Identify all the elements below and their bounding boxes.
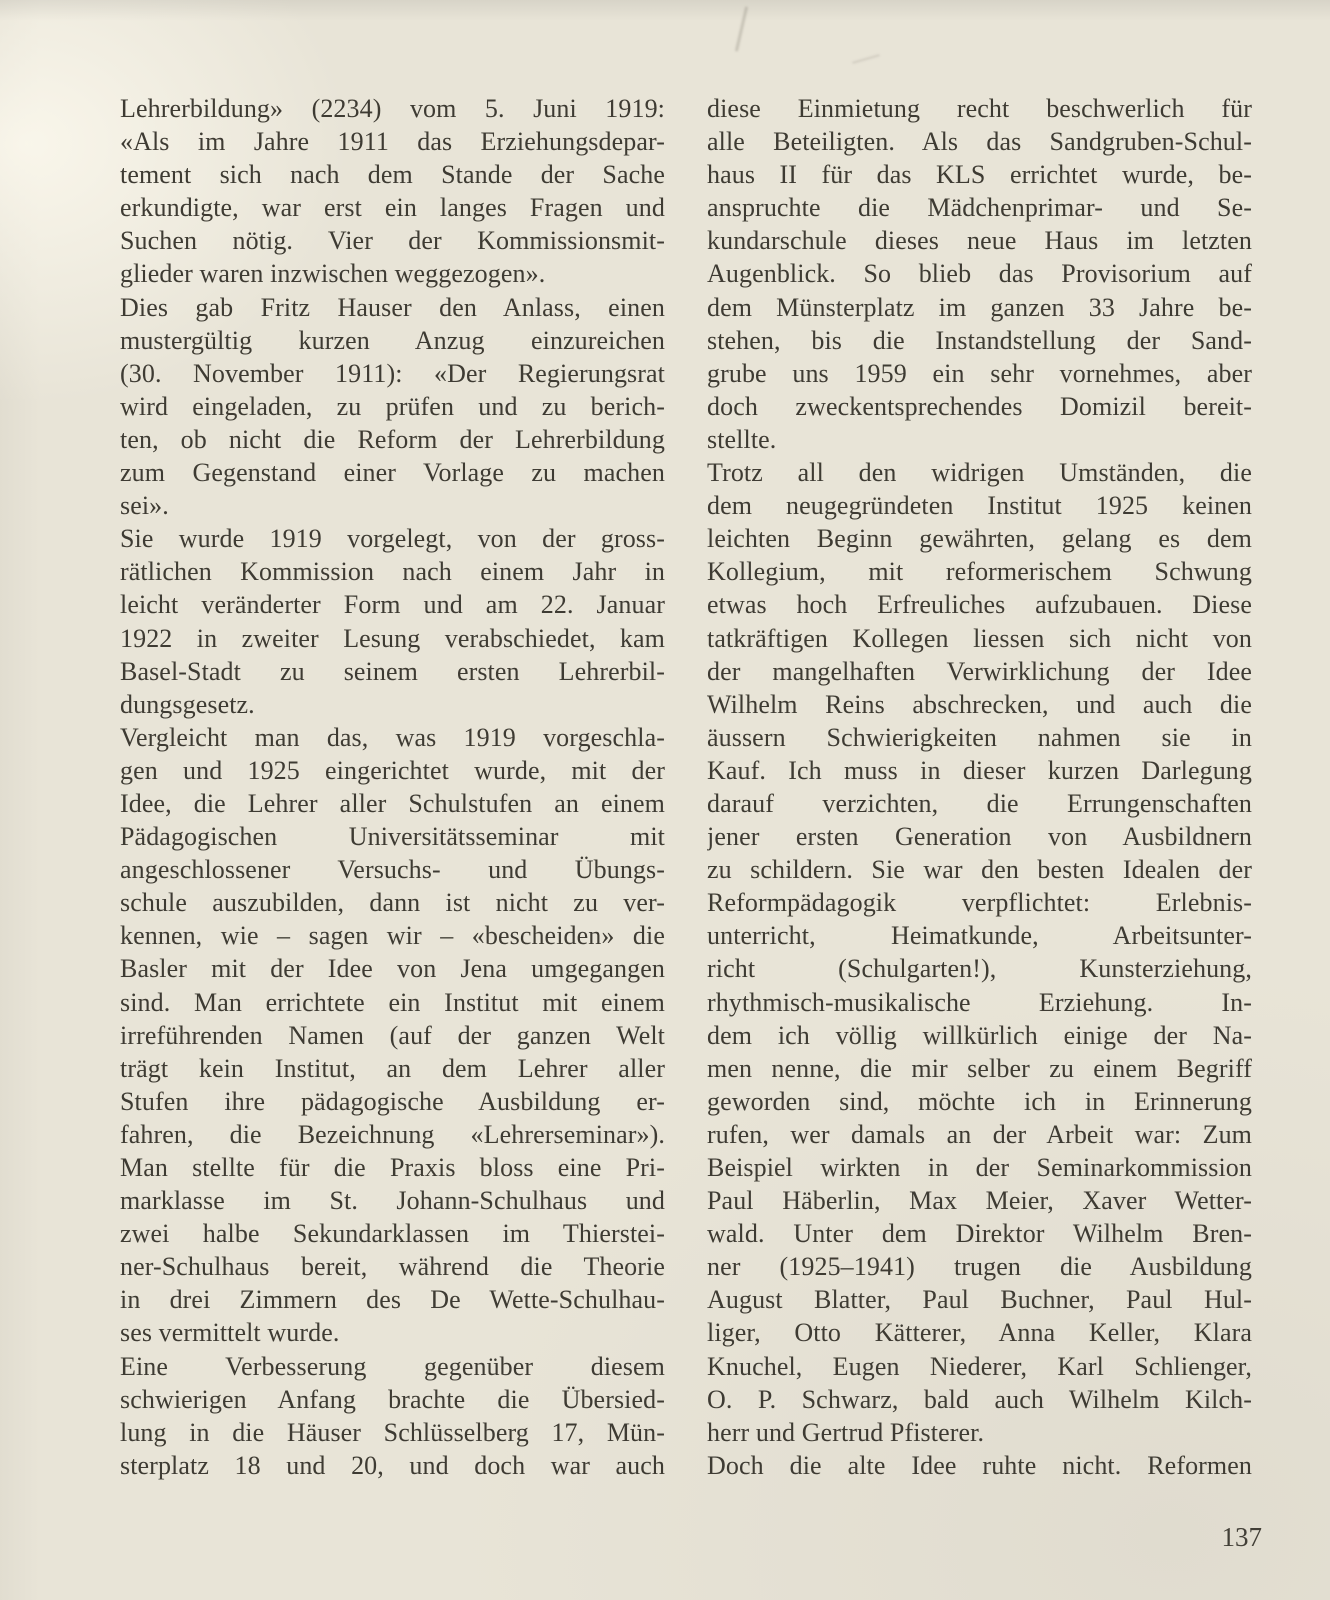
right-column: diese Einmietung recht beschwerlich füra…	[707, 92, 1252, 1482]
text-line: Augenblick. So blieb das Provisorium auf	[707, 257, 1252, 290]
page-number: 137	[1150, 1522, 1262, 1553]
text-line: jener ersten Generation von Ausbildnern	[707, 820, 1252, 853]
text-line: tement sich nach dem Stande der Sache	[120, 158, 665, 191]
text-line: Knuchel, Eugen Niederer, Karl Schlienger…	[707, 1350, 1252, 1383]
text-line: 1922 in zweiter Lesung verabschiedet, ka…	[120, 622, 665, 655]
book-page: Lehrerbildung» (2234) vom 5. Juni 1919:«…	[0, 0, 1330, 1600]
text-line: Paul Häberlin, Max Meier, Xaver Wetter-	[707, 1184, 1252, 1217]
text-line: Kollegium, mit reformerischem Schwung	[707, 555, 1252, 588]
text-line: Man stellte für die Praxis bloss eine Pr…	[120, 1151, 665, 1184]
text-line: leichten Beginn gewährten, gelang es dem	[707, 522, 1252, 555]
text-line: anspruchte die Mädchenprimar- und Se-	[707, 191, 1252, 224]
text-columns: Lehrerbildung» (2234) vom 5. Juni 1919:«…	[120, 92, 1252, 1482]
text-line: grube uns 1959 ein sehr vornehmes, aber	[707, 357, 1252, 390]
text-line: zwei halbe Sekundarklassen im Thierstei-	[120, 1217, 665, 1250]
text-line: unterricht, Heimatkunde, Arbeitsunter-	[707, 919, 1252, 952]
left-column: Lehrerbildung» (2234) vom 5. Juni 1919:«…	[120, 92, 665, 1482]
text-line: schule auszubilden, dann ist nicht zu ve…	[120, 886, 665, 919]
text-line: doch zweckentsprechendes Domizil bereit-	[707, 390, 1252, 423]
text-line: stehen, bis die Instandstellung der Sand…	[707, 324, 1252, 357]
scan-artifact	[735, 6, 748, 51]
text-line: gen und 1925 eingerichtet wurde, mit der	[120, 754, 665, 787]
text-line: marklasse im St. Johann-Schulhaus und	[120, 1184, 665, 1217]
text-line: richt (Schulgarten!), Kunsterziehung,	[707, 952, 1252, 985]
text-line: O. P. Schwarz, bald auch Wilhelm Kilch-	[707, 1383, 1252, 1416]
text-line: ten, ob nicht die Reform der Lehrerbildu…	[120, 423, 665, 456]
text-line: darauf verzichten, die Errungenschaften	[707, 787, 1252, 820]
text-line: haus II für das KLS errichtet wurde, be-	[707, 158, 1252, 191]
text-line: leicht veränderter Form und am 22. Janua…	[120, 588, 665, 621]
text-line: Sie wurde 1919 vorgelegt, von der gross-	[120, 522, 665, 555]
text-line: angeschlossener Versuchs- und Übungs-	[120, 853, 665, 886]
text-line: Reformpädagogik verpflichtet: Erlebnis-	[707, 886, 1252, 919]
text-line: zum Gegenstand einer Vorlage zu machen	[120, 456, 665, 489]
text-line: Suchen nötig. Vier der Kommissionsmit-	[120, 224, 665, 257]
text-line: liger, Otto Kätterer, Anna Keller, Klara	[707, 1316, 1252, 1349]
text-line: lung in die Häuser Schlüsselberg 17, Mün…	[120, 1416, 665, 1449]
text-line: Basel-Stadt zu seinem ersten Lehrerbil-	[120, 655, 665, 688]
text-line: irreführenden Namen (auf der ganzen Welt	[120, 1019, 665, 1052]
text-line: «Als im Jahre 1911 das Erziehungsdepar-	[120, 125, 665, 158]
text-line: Beispiel wirkten in der Seminarkommissio…	[707, 1151, 1252, 1184]
text-line: zu schildern. Sie war den besten Idealen…	[707, 853, 1252, 886]
text-line: rätlichen Kommission nach einem Jahr in	[120, 555, 665, 588]
text-line: Vergleicht man das, was 1919 vorgeschla-	[120, 721, 665, 754]
text-line: Pädagogischen Universitätsseminar mit	[120, 820, 665, 853]
text-line: dem Münsterplatz im ganzen 33 Jahre be-	[707, 291, 1252, 324]
text-line: Trotz all den widrigen Umständen, die	[707, 456, 1252, 489]
text-line: diese Einmietung recht beschwerlich für	[707, 92, 1252, 125]
text-line: sind. Man errichtete ein Institut mit ei…	[120, 986, 665, 1019]
text-line: etwas hoch Erfreuliches aufzubauen. Dies…	[707, 588, 1252, 621]
scan-artifact	[852, 54, 879, 64]
text-line: Basler mit der Idee von Jena umgegangen	[120, 952, 665, 985]
text-line: August Blatter, Paul Buchner, Paul Hul-	[707, 1283, 1252, 1316]
text-line: schwierigen Anfang brachte die Übersied-	[120, 1383, 665, 1416]
text-line: men nenne, die mir selber zu einem Begri…	[707, 1052, 1252, 1085]
text-line: rufen, wer damals an der Arbeit war: Zum	[707, 1118, 1252, 1151]
text-line: geworden sind, möchte ich in Erinnerung	[707, 1085, 1252, 1118]
text-line: erkundigte, war erst ein langes Fragen u…	[120, 191, 665, 224]
text-line: kennen, wie – sagen wir – «bescheiden» d…	[120, 919, 665, 952]
text-line: der mangelhaften Verwirklichung der Idee	[707, 655, 1252, 688]
text-line: stellte.	[707, 423, 1252, 456]
text-line: kundarschule dieses neue Haus im letzten	[707, 224, 1252, 257]
text-line: Eine Verbesserung gegenüber diesem	[120, 1350, 665, 1383]
text-line: ses vermittelt wurde.	[120, 1316, 665, 1349]
text-line: in drei Zimmern des De Wette-Schulhau-	[120, 1283, 665, 1316]
text-line: Doch die alte Idee ruhte nicht. Reformen	[707, 1449, 1252, 1482]
text-line: sei».	[120, 489, 665, 522]
text-line: Dies gab Fritz Hauser den Anlass, einen	[120, 291, 665, 324]
text-line: Idee, die Lehrer aller Schulstufen an ei…	[120, 787, 665, 820]
text-line: rhythmisch-musikalische Erziehung. In-	[707, 986, 1252, 1019]
text-line: trägt kein Institut, an dem Lehrer aller	[120, 1052, 665, 1085]
text-line: Kauf. Ich muss in dieser kurzen Darlegun…	[707, 754, 1252, 787]
text-line: glieder waren inzwischen weggezogen».	[120, 257, 665, 290]
text-line: dungsgesetz.	[120, 688, 665, 721]
text-line: alle Beteiligten. Als das Sandgruben-Sch…	[707, 125, 1252, 158]
text-line: herr und Gertrud Pfisterer.	[707, 1416, 1252, 1449]
text-line: tatkräftigen Kollegen liessen sich nicht…	[707, 622, 1252, 655]
text-line: wird eingeladen, zu prüfen und zu berich…	[120, 390, 665, 423]
text-line: äussern Schwierigkeiten nahmen sie in	[707, 721, 1252, 754]
text-line: mustergültig kurzen Anzug einzureichen	[120, 324, 665, 357]
text-line: ner-Schulhaus bereit, während die Theori…	[120, 1250, 665, 1283]
text-line: Stufen ihre pädagogische Ausbildung er-	[120, 1085, 665, 1118]
text-line: dem neugegründeten Institut 1925 keinen	[707, 489, 1252, 522]
text-line: fahren, die Bezeichnung «Lehrerseminar»)…	[120, 1118, 665, 1151]
text-line: Lehrerbildung» (2234) vom 5. Juni 1919:	[120, 92, 665, 125]
text-line: dem ich völlig willkürlich einige der Na…	[707, 1019, 1252, 1052]
text-line: Wilhelm Reins abschrecken, und auch die	[707, 688, 1252, 721]
text-line: wald. Unter dem Direktor Wilhelm Bren-	[707, 1217, 1252, 1250]
text-line: (30. November 1911): «Der Regierungsrat	[120, 357, 665, 390]
text-line: ner (1925–1941) trugen die Ausbildung	[707, 1250, 1252, 1283]
text-line: sterplatz 18 und 20, und doch war auch	[120, 1449, 665, 1482]
